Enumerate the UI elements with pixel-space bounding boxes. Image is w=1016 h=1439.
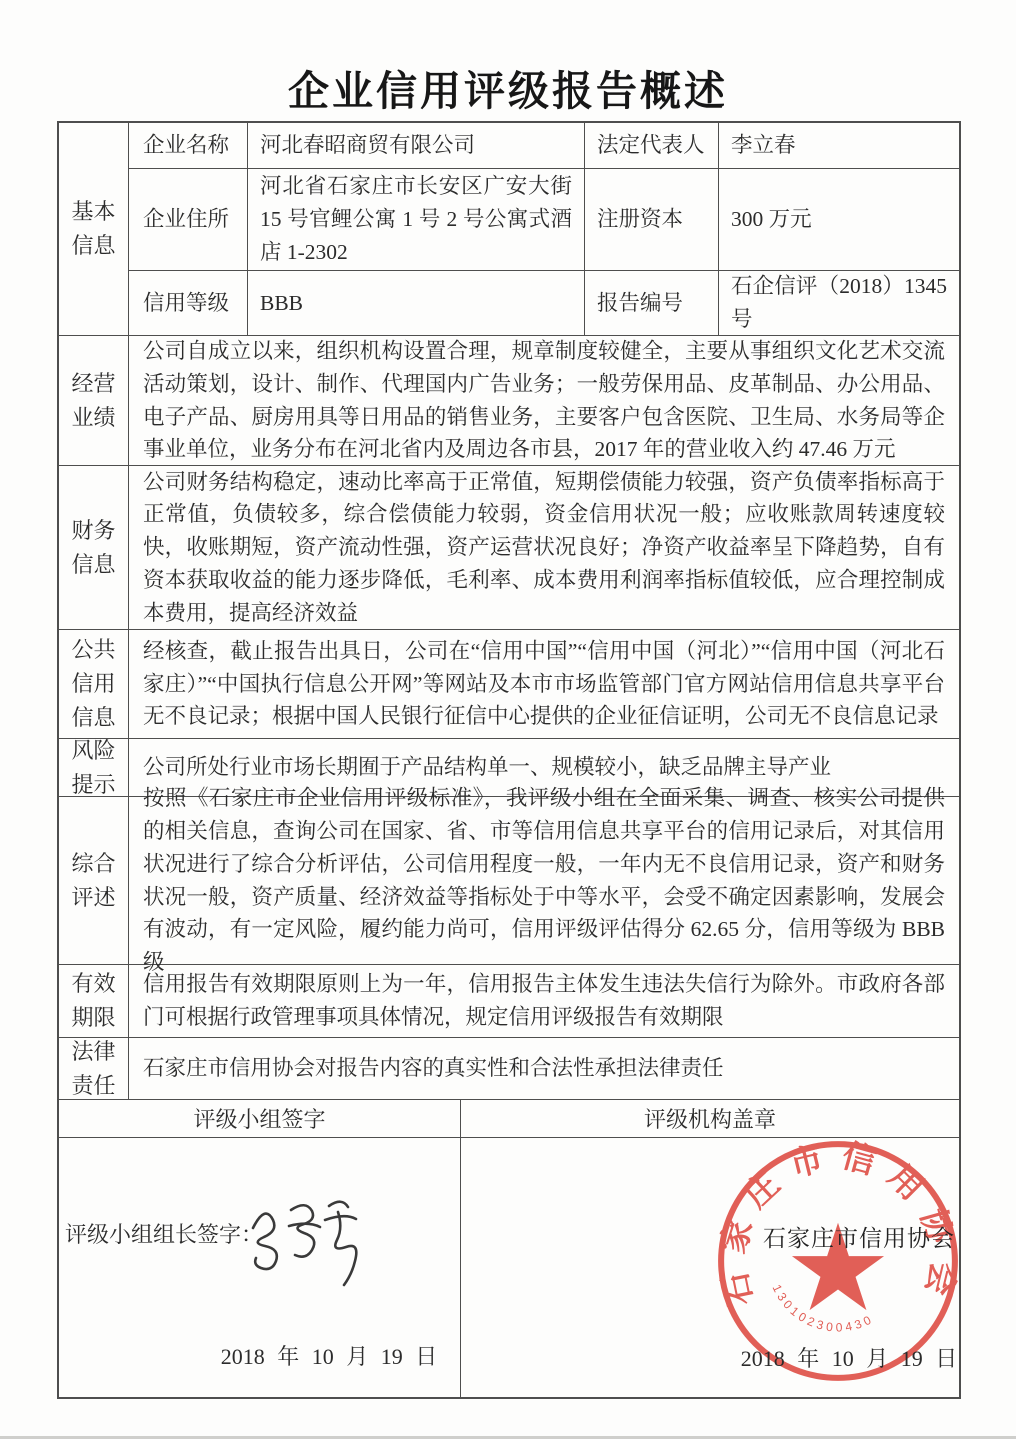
field-value-report-number: 石企信评（2018）1345 号 <box>719 271 959 335</box>
field-label-legal-representative: 法定代表人 <box>585 123 719 168</box>
document-page: 企业信用评级报告概述 基本 信息 企业名称 河北春昭商贸有限公司 法定代表人 李… <box>0 0 1016 1439</box>
section-legal-liability: 法律 责任 石家庄市信用协会对报告内容的真实性和合法性承担法律责任 <box>59 1038 959 1100</box>
handwritten-signature <box>245 1180 373 1290</box>
section-financial-info: 财务 信息 公司财务结构稳定，速动比率高于正常值，短期偿债能力较强，资产负债率指… <box>59 466 959 630</box>
section-label: 综合 评述 <box>59 797 129 964</box>
agency-stamp-cell: 石家庄市信用协会 130102300430 石家庄市信用协会 2018 年 10… <box>461 1138 959 1397</box>
team-sign-date: 2018 年 10 月 19 日 <box>219 1340 439 1371</box>
section-text: 石家庄市信用协会对报告内容的真实性和合法性承担法律责任 <box>129 1038 959 1099</box>
section-label: 有效 期限 <box>59 965 129 1037</box>
agency-org-name: 石家庄市信用协会 <box>763 1220 955 1253</box>
field-value-legal-representative: 李立春 <box>719 123 959 168</box>
basic-info-section: 基本 信息 企业名称 河北春昭商贸有限公司 法定代表人 李立春 企业住所 河北省… <box>59 123 959 336</box>
section-text: 经核查，截止报告出具日，公司在“信用中国”“信用中国（河北）”“信用中国（河北石… <box>129 630 959 738</box>
section-validity-period: 有效 期限 信用报告有效期限原则上为一年，信用报告主体发生违法失信行为除外。市政… <box>59 965 959 1038</box>
report-table: 基本 信息 企业名称 河北春昭商贸有限公司 法定代表人 李立春 企业住所 河北省… <box>57 121 961 1399</box>
field-label-report-number: 报告编号 <box>585 271 719 335</box>
field-label-company-address: 企业住所 <box>129 169 248 270</box>
sign-header-rating-team: 评级小组签字 <box>59 1100 461 1137</box>
section-text: 公司自成立以来，组织机构设置合理，规章制度较健全，主要从事组织文化艺术交流活动策… <box>129 336 959 465</box>
field-value-company-address: 河北省石家庄市长安区广安大街 15 号官鲤公寓 1 号 2 号公寓式酒店 1-2… <box>248 169 585 270</box>
section-label: 法律 责任 <box>59 1038 129 1099</box>
table-row: 企业名称 河北春昭商贸有限公司 法定代表人 李立春 <box>129 123 959 169</box>
leader-sign-label: 评级小组组长签字： <box>65 1218 263 1249</box>
section-text: 按照《石家庄市企业信用评级标准》，我评级小组在全面采集、调查、核实公司提供的相关… <box>129 797 959 964</box>
section-public-credit-info: 公共 信用 信息 经核查，截止报告出具日，公司在“信用中国”“信用中国（河北）”… <box>59 630 959 739</box>
section-comprehensive-review: 综合 评述 按照《石家庄市企业信用评级标准》，我评级小组在全面采集、调查、核实公… <box>59 797 959 965</box>
field-label-credit-grade: 信用等级 <box>129 271 248 335</box>
field-label-registered-capital: 注册资本 <box>585 169 719 270</box>
table-row: 企业住所 河北省石家庄市长安区广安大街 15 号官鲤公寓 1 号 2 号公寓式酒… <box>129 169 959 271</box>
field-label-company-name: 企业名称 <box>129 123 248 168</box>
table-row: 信用等级 BBB 报告编号 石企信评（2018）1345 号 <box>129 271 959 335</box>
field-value-registered-capital: 300 万元 <box>719 169 959 270</box>
section-label: 经营 业绩 <box>59 336 129 465</box>
section-text: 信用报告有效期限原则上为一年，信用报告主体发生违法失信行为除外。市政府各部门可根… <box>129 965 959 1037</box>
section-label: 风险 提示 <box>59 739 129 796</box>
team-signature-cell: 评级小组组长签字： 2018 年 10 月 19 日 <box>59 1138 461 1397</box>
agency-sign-date: 2018 年 10 月 19 日 <box>739 1342 959 1373</box>
section-text: 公司财务结构稳定，速动比率高于正常值，短期偿债能力较强，资产负债率指标高于正常值… <box>129 466 959 629</box>
section-label: 财务 信息 <box>59 466 129 629</box>
section-label: 公共 信用 信息 <box>59 630 129 738</box>
section-label-basic-info: 基本 信息 <box>59 123 129 335</box>
signature-body-row: 评级小组组长签字： 2018 年 10 月 19 日 <box>59 1138 959 1397</box>
section-business-performance: 经营 业绩 公司自成立以来，组织机构设置合理，规章制度较健全，主要从事组织文化艺… <box>59 336 959 466</box>
page-title: 企业信用评级报告概述 <box>0 58 1016 117</box>
field-value-company-name: 河北春昭商贸有限公司 <box>248 123 585 168</box>
field-value-credit-grade: BBB <box>248 271 585 335</box>
